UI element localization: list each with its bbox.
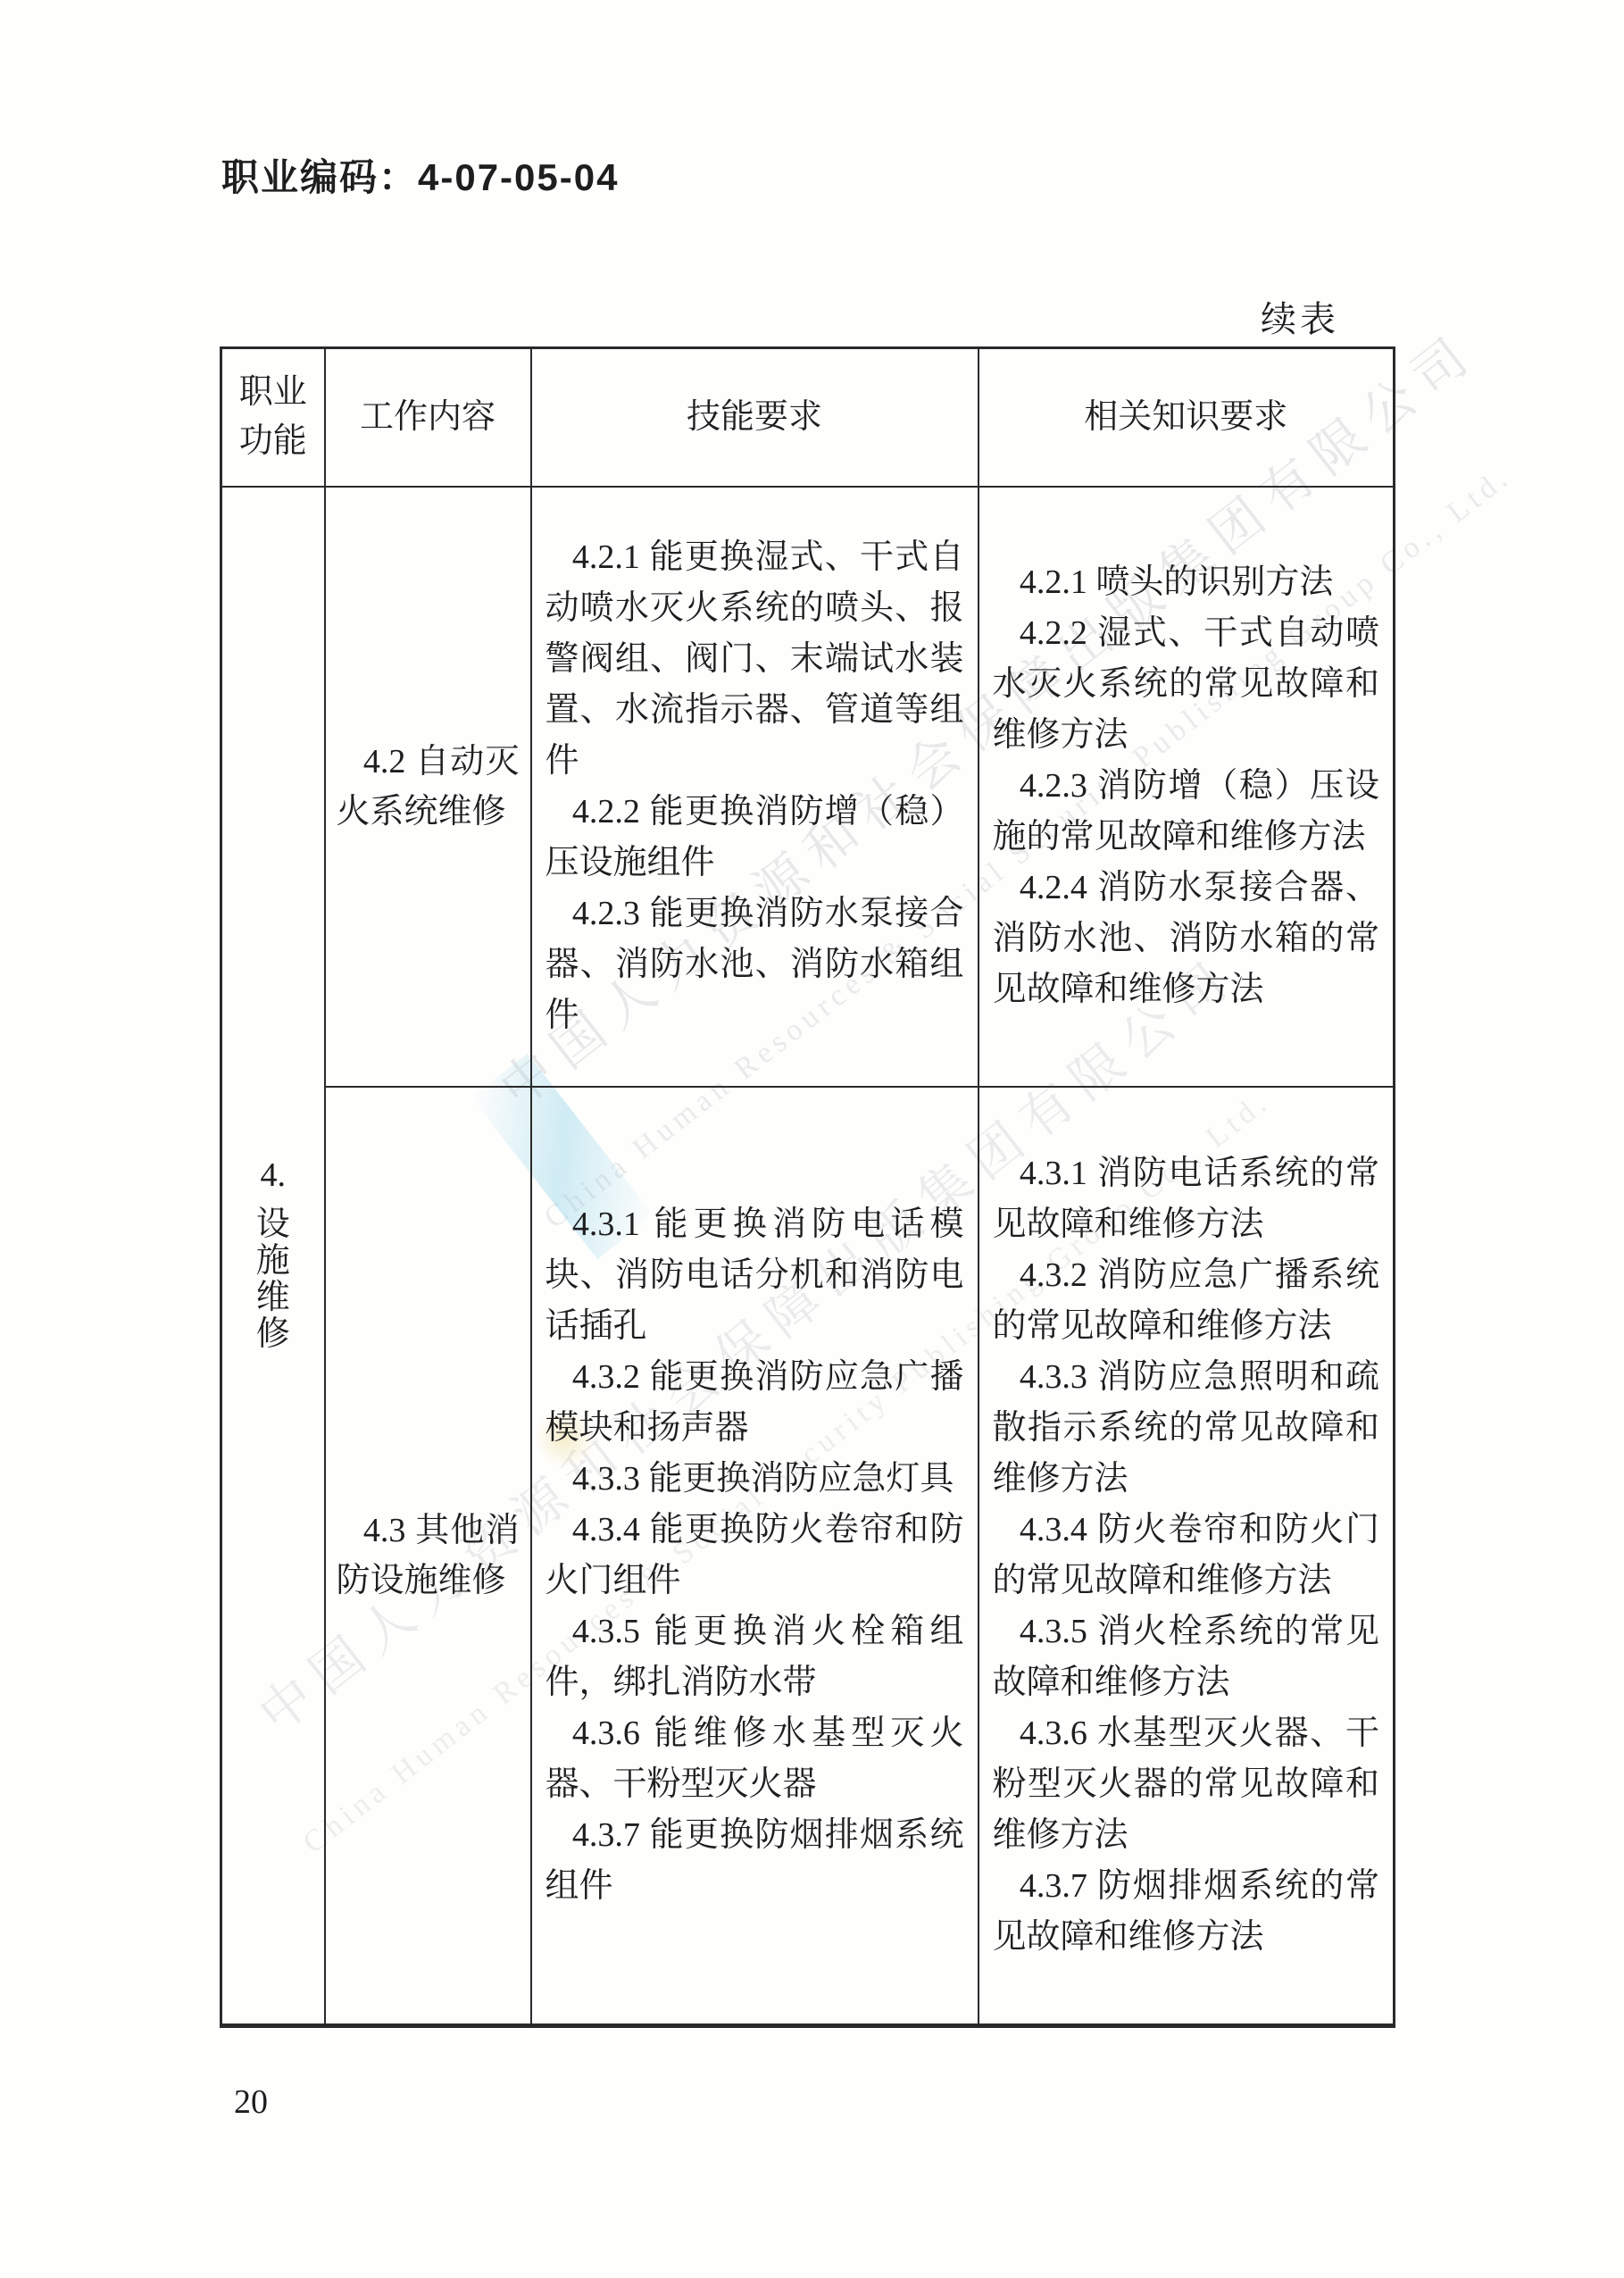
work-content-label: 4.3 其他消防设施维修 <box>337 1506 520 1606</box>
work-content-label: 4.2 自动灭火系统维修 <box>337 737 520 837</box>
paragraph: 4.3.6 水基型灭火器、干粉型灭火器的常见故障和维修方法 <box>993 1708 1380 1861</box>
paragraph: 4.3.5 消火栓系统的常见故障和维修方法 <box>993 1606 1380 1708</box>
paragraph: 4.2.1 喷头的识别方法 <box>993 557 1380 608</box>
paragraph: 4.3.2 能更换消防应急广播模块和扬声器 <box>545 1352 964 1454</box>
table-caption-continued: 续表 <box>1261 291 1339 342</box>
skills-cell-4-3: 4.3.1 能更换消防电话模块、消防电话分机和消防电话插孔4.3.2 能更换消防… <box>531 1087 979 2026</box>
work-cell-4-3: 4.3 其他消防设施维修 <box>325 1087 531 2026</box>
document-page: 中国人力资源和社会保障出版集团有限公司 China Human Resource… <box>0 0 1624 2278</box>
paragraph: 4.2.4 消防水泵接合器、消防水池、消防水箱的常见故障和维修方法 <box>993 863 1380 1015</box>
paragraph: 4. <box>226 1157 321 1194</box>
paragraph: 4.2.2 湿式、干式自动喷水灭火系统的常见故障和维修方法 <box>993 608 1380 761</box>
knowledge-cell-4-3: 4.3.1 消防电话系统的常见故障和维修方法4.3.2 消防应急广播系统的常见故… <box>979 1087 1395 2026</box>
paragraph: 4.3.3 能更换消防应急灯具 <box>545 1454 964 1505</box>
paragraph: 4.3.5 能更换消火栓箱组件，绑扎消防水带 <box>545 1606 964 1708</box>
knowledge-cell-4-2: 4.2.1 喷头的识别方法4.2.2 湿式、干式自动喷水灭火系统的常见故障和维修… <box>979 487 1395 1087</box>
paragraph: 4.2.1 能更换湿式、干式自动喷水灭火系统的喷头、报警阀组、阀门、末端试水装置… <box>545 532 964 787</box>
paragraph: 4.3.6 能维修水基型灭火器、干粉型灭火器 <box>545 1708 964 1810</box>
standards-table-wrapper: 职业功能 工作内容 技能要求 相关知识要求 4.设施维修 4.2 自动灭火系统维… <box>220 346 1395 2028</box>
paragraph: 4.3.1 能更换消防电话模块、消防电话分机和消防电话插孔 <box>545 1199 964 1352</box>
table-row-4-2: 4.设施维修 4.2 自动灭火系统维修 4.2.1 能更换湿式、干式自动喷水灭火… <box>221 487 1395 1087</box>
skills-cell-4-2: 4.2.1 能更换湿式、干式自动喷水灭火系统的喷头、报警阀组、阀门、末端试水装置… <box>531 487 979 1087</box>
paragraph: 4.3.4 能更换防火卷帘和防火门组件 <box>545 1505 964 1606</box>
table-row-4-3: 4.3 其他消防设施维修 4.3.1 能更换消防电话模块、消防电话分机和消防电话… <box>221 1087 1395 2026</box>
paragraph: 修 <box>226 1316 321 1353</box>
paragraph: 4.3.2 消防应急广播系统的常见故障和维修方法 <box>993 1250 1380 1352</box>
work-cell-4-2: 4.2 自动灭火系统维修 <box>325 487 531 1087</box>
paragraph: 4.3.7 能更换防烟排烟系统组件 <box>545 1810 964 1912</box>
table-header-row: 职业功能 工作内容 技能要求 相关知识要求 <box>221 348 1395 487</box>
occupation-code: 职业编码：4-07-05-04 <box>221 148 619 202</box>
paragraph: 4.3.3 消防应急照明和疏散指示系统的常见故障和维修方法 <box>993 1352 1380 1505</box>
paragraph: 施 <box>226 1243 321 1280</box>
col-header-occupational-function: 职业功能 <box>221 348 325 487</box>
paragraph: 4.3.7 防烟排烟系统的常见故障和维修方法 <box>993 1861 1380 1963</box>
paragraph: 4.2.3 消防增（稳）压设施的常见故障和维修方法 <box>993 761 1380 863</box>
paragraph: 4.2.2 能更换消防增（稳）压设施组件 <box>545 787 964 889</box>
paragraph: 4.3.4 防火卷帘和防火门的常见故障和维修方法 <box>993 1505 1380 1606</box>
page-number: 20 <box>234 2082 268 2122</box>
paragraph: 设 <box>226 1206 321 1243</box>
col-header-work-content: 工作内容 <box>325 348 531 487</box>
paragraph: 4.3.1 消防电话系统的常见故障和维修方法 <box>993 1148 1380 1250</box>
paragraph: 维 <box>226 1280 321 1316</box>
standards-table: 职业功能 工作内容 技能要求 相关知识要求 4.设施维修 4.2 自动灭火系统维… <box>220 346 1395 2028</box>
col-header-knowledge-requirements: 相关知识要求 <box>979 348 1395 487</box>
col-header-skill-requirements: 技能要求 <box>531 348 979 487</box>
function-cell-facility-maintenance: 4.设施维修 <box>221 487 325 2026</box>
paragraph: 4.2.3 能更换消防水泵接合器、消防水池、消防水箱组件 <box>545 889 964 1041</box>
